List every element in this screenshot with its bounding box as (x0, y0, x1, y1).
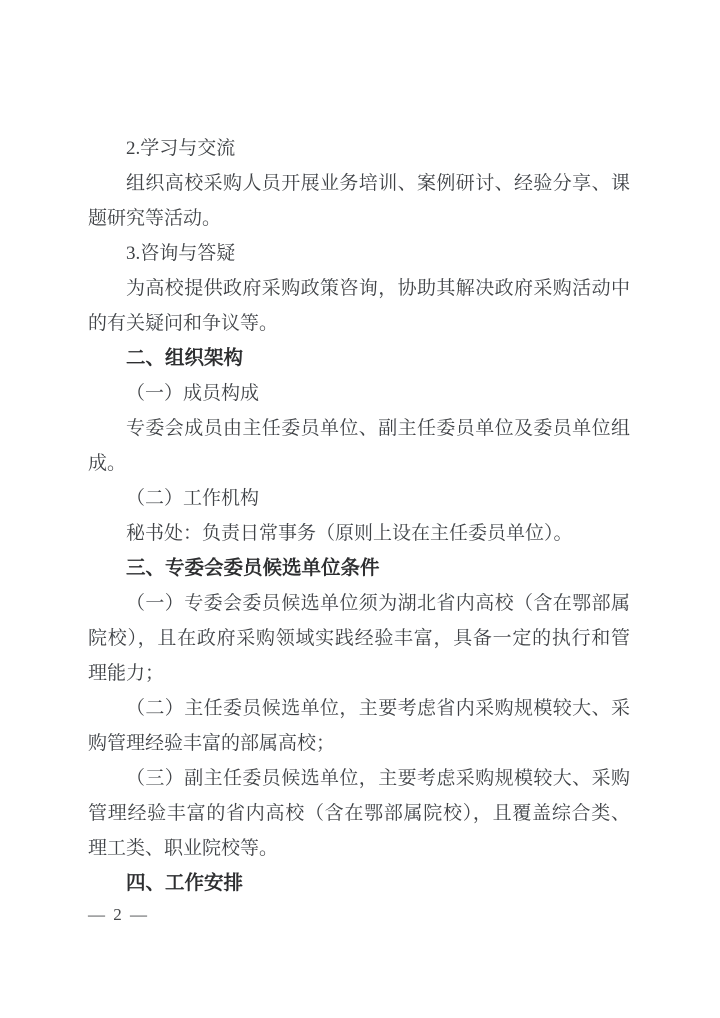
section-heading-work-arrangement: 四、工作安排 (88, 866, 630, 901)
doc-line: 的有关疑问和争议等。 (88, 306, 630, 341)
document-body: 2.学习与交流 组织高校采购人员开展业务培训、案例研讨、经验分享、课 题研究等活… (88, 131, 630, 901)
doc-line: 组织高校采购人员开展业务培训、案例研讨、经验分享、课 (88, 166, 630, 201)
section-heading-organization: 二、组织架构 (88, 341, 630, 376)
doc-line: 为高校提供政府采购政策咨询，协助其解决政府采购活动中 (88, 271, 630, 306)
doc-line: 购管理经验丰富的部属高校； (88, 726, 630, 761)
doc-line: 3.咨询与答疑 (88, 236, 630, 271)
doc-line: （二）主任委员候选单位，主要考虑省内采购规模较大、采 (88, 691, 630, 726)
doc-line: 秘书处：负责日常事务（原则上设在主任委员单位）。 (88, 516, 630, 551)
doc-line: 理能力； (88, 656, 630, 691)
page-number: — 2 — (88, 903, 149, 927)
doc-line: 题研究等活动。 (88, 201, 630, 236)
doc-line: 管理经验丰富的省内高校（含在鄂部属院校），且覆盖综合类、 (88, 796, 630, 831)
doc-line: 理工类、职业院校等。 (88, 831, 630, 866)
doc-line: 2.学习与交流 (88, 131, 630, 166)
doc-line: （一）成员构成 (88, 376, 630, 411)
doc-line: 院校），且在政府采购领域实践经验丰富，具备一定的执行和管 (88, 621, 630, 656)
doc-line: （一）专委会委员候选单位须为湖北省内高校（含在鄂部属 (88, 586, 630, 621)
doc-line: 成。 (88, 446, 630, 481)
doc-line: （二）工作机构 (88, 481, 630, 516)
doc-line: （三）副主任委员候选单位，主要考虑采购规模较大、采购 (88, 761, 630, 796)
section-heading-candidate-conditions: 三、专委会委员候选单位条件 (88, 551, 630, 586)
doc-line: 专委会成员由主任委员单位、副主任委员单位及委员单位组 (88, 411, 630, 446)
document-page: 2.学习与交流 组织高校采购人员开展业务培训、案例研讨、经验分享、课 题研究等活… (0, 0, 720, 1018)
